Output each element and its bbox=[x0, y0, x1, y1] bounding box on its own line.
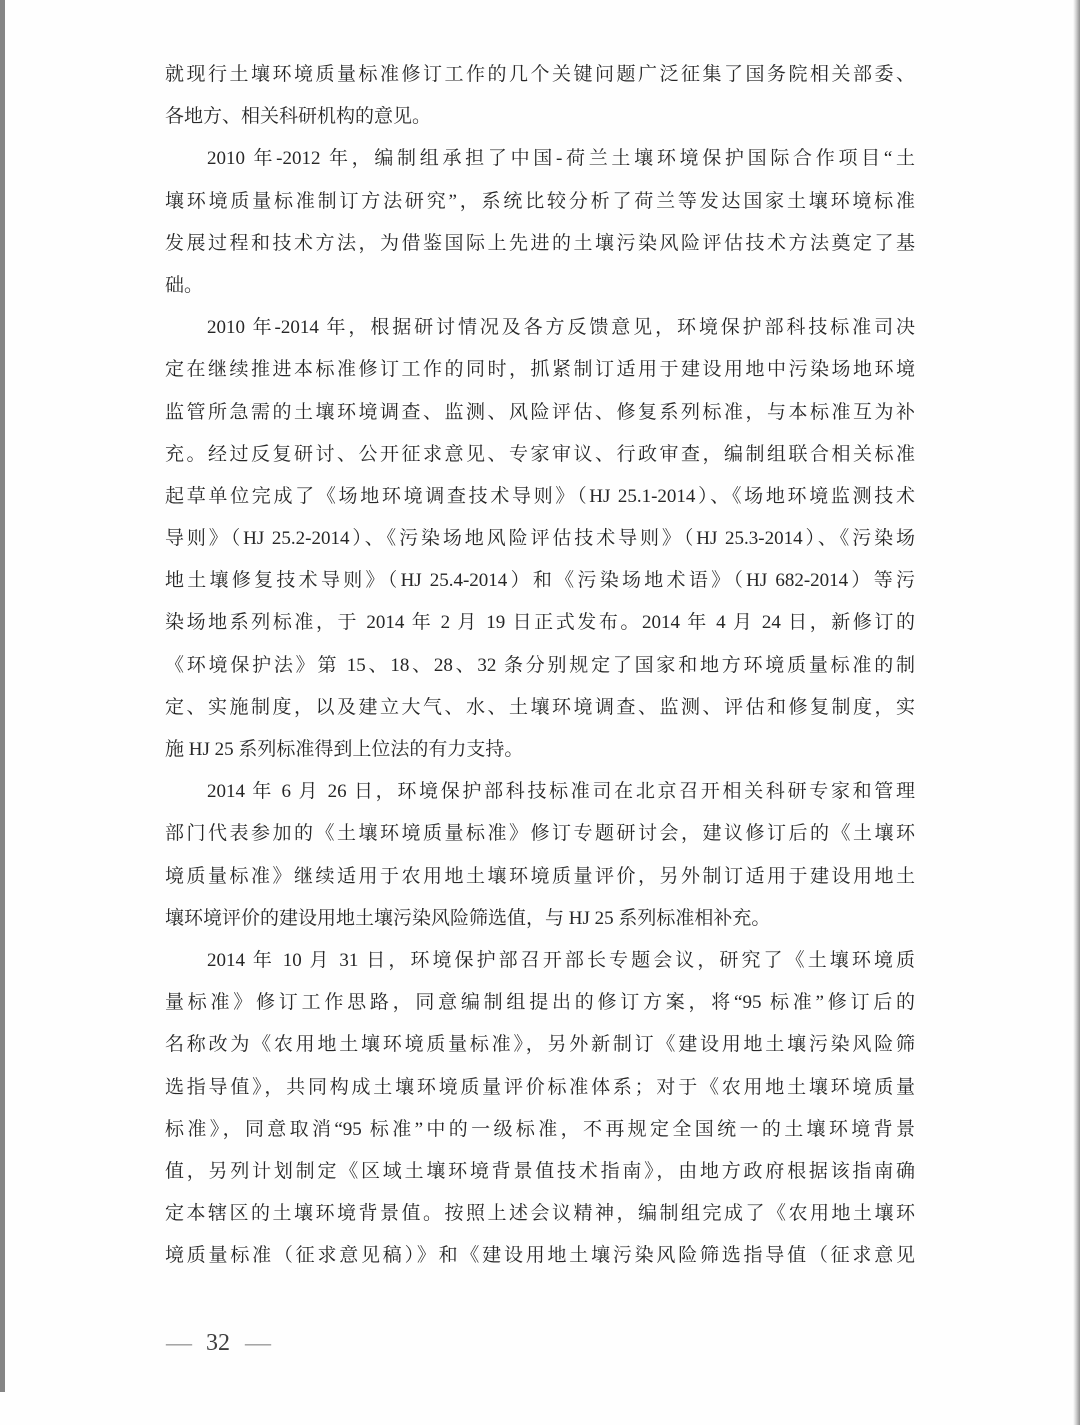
text-line: 监管所急需的土壤环境调查、监测、风险评估、修复系列标准，与本标准互为补 bbox=[165, 392, 915, 434]
text-line: 起草单位完成了《场地环境调查技术导则》（HJ 25.1-2014）、《场地环境监… bbox=[165, 476, 915, 518]
text-line: 2010 年-2012 年，编制组承担了中国-荷兰土壤环境保护国际合作项目“土 bbox=[165, 138, 915, 180]
text-line: 标准》，同意取消“95 标准”中的一级标准，不再规定全国统一的土壤环境背景 bbox=[165, 1109, 915, 1151]
text-line: 定、实施制度，以及建立大气、水、土壤环境调查、监测、评估和修复制度，实 bbox=[165, 687, 915, 729]
text-line: 部门代表参加的《土壤环境质量标准》修订专题研讨会，建议修订后的《土壤环 bbox=[165, 813, 915, 855]
page-footer: — 32 — bbox=[166, 1326, 270, 1360]
text-line: 选指导值》，共同构成土壤环境质量评价标准体系；对于《农用地土壤环境质量 bbox=[165, 1067, 915, 1109]
text-line: 染场地系列标准，于 2014 年 2 月 19 日正式发布。2014 年 4 月… bbox=[165, 602, 915, 644]
text-line: 2014 年 6 月 26 日，环境保护部科技标准司在北京召开相关科研专家和管理 bbox=[165, 771, 915, 813]
text-line: 发展过程和技术方法，为借鉴国际上先进的土壤污染风险评估技术方法奠定了基 bbox=[165, 223, 915, 265]
text-line: 境质量标准（征求意见稿）》和《建设用地土壤污染风险筛选指导值（征求意见 bbox=[165, 1235, 915, 1277]
text-line: 定在继续推进本标准修订工作的同时，抓紧制订适用于建设用地中污染场地环境 bbox=[165, 349, 915, 391]
text-line: 2010 年-2014 年，根据研讨情况及各方反馈意见，环境保护部科技标准司决 bbox=[165, 307, 915, 349]
text-line: 值，另列计划制定《区域土壤环境背景值技术指南》，由地方政府根据该指南确 bbox=[165, 1151, 915, 1193]
text-line: 《环境保护法》第 15、18、28、32 条分别规定了国家和地方环境质量标准的制 bbox=[165, 645, 915, 687]
page-number: 32 bbox=[206, 1330, 230, 1357]
text-line: 壤环境质量标准制订方法研究”，系统比较分析了荷兰等发达国家土壤环境标准 bbox=[165, 181, 915, 223]
page-body-text: 就现行土壤环境质量标准修订工作的几个关键问题广泛征集了国务院相关部委、各地方、相… bbox=[165, 54, 915, 1277]
text-line: 导则》（HJ 25.2-2014）、《污染场地风险评估技术导则》（HJ 25.3… bbox=[165, 518, 915, 560]
text-line: 量标准》修订工作思路，同意编制组提出的修订方案，将“95 标准”修订后的 bbox=[165, 982, 915, 1024]
text-line: 各地方、相关科研机构的意见。 bbox=[165, 96, 915, 138]
document-page: 就现行土壤环境质量标准修订工作的几个关键问题广泛征集了国务院相关部委、各地方、相… bbox=[0, 0, 1080, 1425]
text-line: 础。 bbox=[165, 265, 915, 307]
scan-right-edge bbox=[1073, 0, 1080, 1425]
scan-left-edge bbox=[0, 0, 5, 1392]
text-line: 地土壤修复技术导则》（HJ 25.4-2014）和《污染场地术语》（HJ 682… bbox=[165, 560, 915, 602]
footer-dash-right: — bbox=[245, 1330, 270, 1356]
text-line: 2014 年 10 月 31 日，环境保护部召开部长专题会议，研究了《土壤环境质 bbox=[165, 940, 915, 982]
text-line: 定本辖区的土壤环境背景值。按照上述会议精神，编制组完成了《农用地土壤环 bbox=[165, 1193, 915, 1235]
text-line: 施 HJ 25 系列标准得到上位法的有力支持。 bbox=[165, 729, 915, 771]
footer-dash-left: — bbox=[166, 1330, 191, 1356]
text-line: 充。经过反复研讨、公开征求意见、专家审议、行政审查，编制组联合相关标准 bbox=[165, 434, 915, 476]
text-line: 就现行土壤环境质量标准修订工作的几个关键问题广泛征集了国务院相关部委、 bbox=[165, 54, 915, 96]
text-line: 名称改为《农用地土壤环境质量标准》，另外新制订《建设用地土壤污染风险筛 bbox=[165, 1024, 915, 1066]
text-line: 壤环境评价的建设用地土壤污染风险筛选值，与 HJ 25 系列标准相补充。 bbox=[165, 898, 915, 940]
text-line: 境质量标准》继续适用于农用地土壤环境质量评价，另外制订适用于建设用地土 bbox=[165, 856, 915, 898]
